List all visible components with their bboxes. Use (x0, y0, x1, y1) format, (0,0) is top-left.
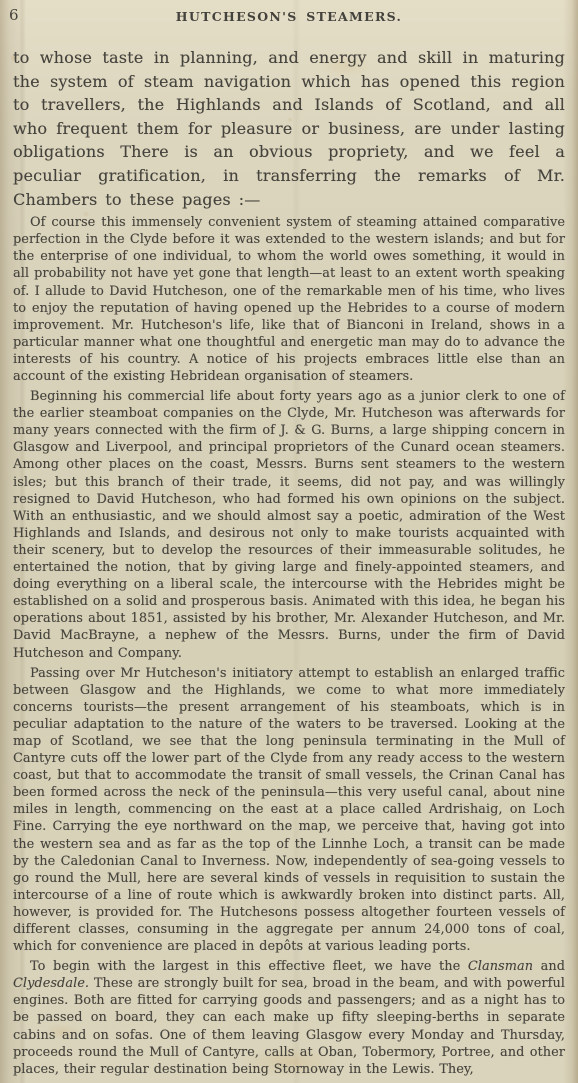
opening-paragraph: to whose taste in planning, and energy a… (13, 46, 565, 211)
running-title: HUTCHESON'S STEAMERS. (0, 9, 578, 24)
ship-name-clydesdale: Clydesdale. (13, 976, 89, 991)
final-paragraph-segment: and (533, 959, 565, 974)
ship-name-clansman: Clansman (468, 959, 533, 974)
book-page: 6 HUTCHESON'S STEAMERS. to whose taste i… (0, 0, 578, 1083)
final-paragraph-segment: To begin with the largest in this effect… (30, 959, 468, 974)
body-paragraph-3: Passing over Mr Hutcheson's initiatory a… (13, 665, 565, 956)
body-paragraph-1: Of course this immensely convenient syst… (13, 214, 565, 385)
final-paragraph-segment: These are strongly built for sea, broad … (13, 976, 565, 1076)
page-header: 6 HUTCHESON'S STEAMERS. (0, 0, 578, 30)
body-paragraph-4: To begin with the largest in this effect… (13, 958, 565, 1078)
body-paragraph-2: Beginning his commercial life about fort… (13, 388, 565, 662)
